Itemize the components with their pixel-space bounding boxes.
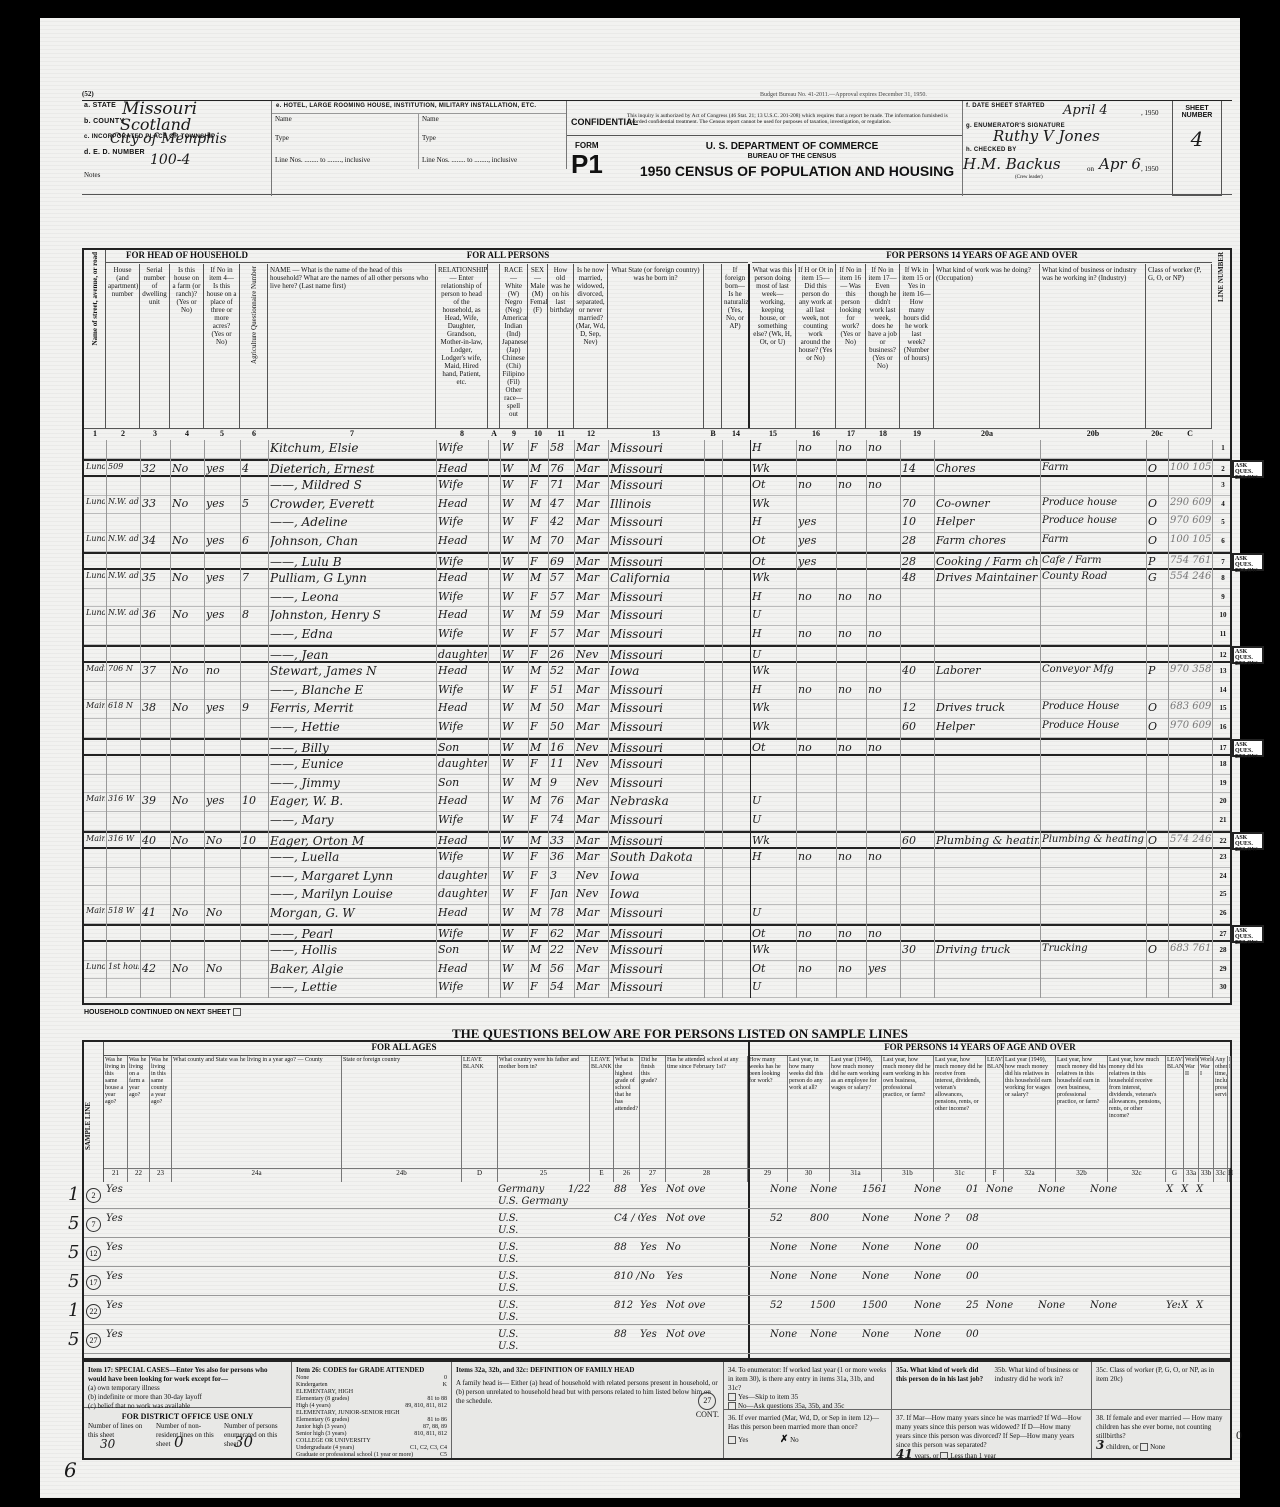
cell-rel: Wife: [438, 590, 487, 603]
cell-agq: 10: [242, 794, 267, 807]
sample-colnum-D: D: [462, 1168, 498, 1182]
cell-rel: Head: [438, 962, 487, 975]
sample-cell-c31c: None ?: [914, 1213, 966, 1224]
line-number: 24: [1216, 872, 1230, 880]
section-all-ages: FOR ALL AGES: [104, 1042, 704, 1056]
cell-ind: Plumbing & heating: [1042, 834, 1145, 845]
sample-cell-ww2: X: [1166, 1184, 1180, 1195]
cell-name: ——, Mildred S: [270, 478, 435, 492]
tally: 1: [68, 1184, 79, 1205]
cell-acres: no: [206, 664, 239, 677]
col-sex: SEX — Male (M) Female (F): [528, 264, 548, 428]
cell-c17: no: [838, 741, 865, 754]
enumerator-signature: Ruthy V Jones: [993, 127, 1100, 145]
cell-cls: O: [1148, 462, 1167, 475]
q38-text: 38. If female and ever married — How man…: [1096, 1414, 1226, 1441]
ask-questions-below-badge: ASK QUES. BELOW: [1232, 553, 1264, 571]
cell-c17: no: [838, 850, 865, 863]
col-leave-blank-a: [488, 264, 500, 428]
sample-cell-school: Yes: [666, 1271, 706, 1282]
cell-birth: Iowa: [610, 664, 703, 678]
cell-sex: F: [530, 441, 547, 454]
sample-cell-f: 00: [966, 1329, 986, 1340]
cell-birth: Missouri: [610, 683, 703, 697]
sample-cell-other: X: [1196, 1300, 1210, 1311]
cell-farm: No: [172, 962, 203, 975]
cell-cls: O: [1148, 943, 1167, 956]
sample-row: 57YesU.S.C4 / C2YesNot over52800NoneNone…: [84, 1211, 1230, 1238]
cell-birth: Missouri: [610, 478, 703, 492]
sample-cell-school: Not over: [666, 1329, 706, 1340]
sample-colnum-29: 29: [748, 1168, 788, 1182]
cell-age: 57: [550, 590, 573, 603]
cell-farm: No: [172, 608, 203, 621]
cell-street: Lundell: [86, 571, 105, 580]
cell-c19: 60: [902, 720, 933, 733]
hotel-lines-label-2: Line Nos. ........ to ........, inclusiv…: [422, 156, 517, 164]
cell-name: ——, Leona: [270, 590, 435, 604]
sample-line-circle: 7: [86, 1217, 101, 1232]
cell-rel: Head: [438, 906, 487, 919]
q36-yes-checkbox[interactable]: [728, 1436, 736, 1444]
cell-race: W: [502, 441, 527, 454]
cell-name: Johnson, Chan: [270, 534, 435, 548]
sample-cell-mother: U.S. Germany: [498, 1196, 568, 1207]
table-row: Madison Ave706 N37NonoStewart, James NHe…: [84, 663, 1230, 682]
col-acres: If No in item 4— Is this house on a plac…: [204, 264, 240, 428]
cell-birth: Missouri: [610, 757, 703, 771]
sample-cell-c31b: None: [862, 1329, 914, 1340]
sample-cell-f: 08: [966, 1213, 986, 1224]
place-value: City of Memphis: [110, 131, 227, 147]
table-row: LundellN.W. add.35Noyes7Pulliam, G LynnH…: [84, 570, 1230, 589]
form-id: P1: [571, 149, 603, 180]
ask-questions-below-badge: ASK QUES. BELOW: [1232, 646, 1264, 664]
special-cases-title: Item 17: SPECIAL CASES—Enter Yes also fo…: [88, 1366, 287, 1384]
cell-race: W: [502, 720, 527, 733]
colnum-c: C: [1168, 428, 1212, 440]
tally: 5: [68, 1329, 79, 1350]
sample-cell-c21: Yes: [106, 1213, 124, 1224]
cell-c15: Wk: [752, 943, 795, 956]
cell-acres: yes: [206, 497, 239, 510]
cell-sex: M: [530, 534, 547, 547]
cell-acres: yes: [206, 701, 239, 714]
cell-serial: 42: [142, 962, 169, 975]
cell-c19: 28: [902, 534, 933, 547]
cell-mar: Mar: [576, 720, 607, 733]
sample-col-F: LEAVE BLANK: [986, 1056, 1004, 1168]
cell-name: Pulliam, G Lynn: [270, 571, 435, 585]
cell-cls: O: [1148, 515, 1167, 528]
sample-colnum-31c: 31c: [934, 1168, 986, 1182]
col-farm: Is this house on a farm (or ranch)? (Yes…: [170, 264, 204, 428]
cell-sex: F: [530, 627, 547, 640]
cell-c15: H: [752, 683, 795, 696]
table-row: ——, Lulu BWifeWF69MarMissouriOtyes28Cook…: [84, 552, 1230, 571]
cell-code: 290 609 3: [1170, 497, 1211, 508]
cell-mar: Mar: [576, 664, 607, 677]
sample-cell-c31a: None: [810, 1242, 862, 1253]
cell-mar: Mar: [576, 701, 607, 714]
cell-rel: Head: [438, 571, 487, 584]
table-row: ——, Marilyn LouisedaughterWFJanNevIowa25: [84, 886, 1230, 905]
sample-cell-finish: Yes: [640, 1184, 666, 1195]
line-number: 21: [1216, 816, 1230, 824]
cell-cls: O: [1148, 534, 1167, 547]
cell-rel: Son: [438, 943, 487, 956]
cell-ind: Cafe / Farm: [1042, 555, 1145, 566]
cell-name: Eager, Orton M: [270, 834, 435, 848]
cell-age: 78: [550, 906, 573, 919]
tally: 5: [68, 1213, 79, 1234]
sample-cell-c21: Yes: [106, 1271, 124, 1282]
cell-race: W: [502, 497, 527, 510]
cell-agq: 8: [242, 608, 267, 621]
table-row: Lundell Blvd50932Noyes4Dieterich, Ernest…: [84, 459, 1230, 478]
cell-rel: Head: [438, 701, 487, 714]
grade-code-item: KindergartenK: [296, 1382, 447, 1389]
cell-age: Jan: [550, 887, 573, 900]
cell-birth: Iowa: [610, 887, 703, 901]
cell-rel: Wife: [438, 478, 487, 491]
cell-mar: Nev: [576, 943, 607, 956]
cell-race: W: [502, 683, 527, 696]
cell-code: 970 609 3: [1170, 515, 1211, 526]
sample-cell-ww2: Yes: [1166, 1300, 1180, 1311]
sample-cell-c31a: 800: [810, 1213, 862, 1224]
cell-name: ——, Lettie: [270, 980, 435, 994]
cell-c19: 14: [902, 462, 933, 475]
sample-cell-c31a: None: [810, 1184, 862, 1195]
colnum-11: 11: [548, 428, 574, 440]
cell-house: N.W. add.: [108, 497, 139, 506]
sample-row: 12YesGermany1/2288YesNot overNoneNone156…: [84, 1182, 1230, 1209]
sample-cell-father: U.S.: [498, 1213, 568, 1224]
cell-age: 22: [550, 943, 573, 956]
sample-cell-c31b: None: [862, 1242, 914, 1253]
grade-codes-list: None0KindergartenKELEMENTARY, HIGHElemen…: [296, 1375, 447, 1459]
sample-cell-mother: U.S.: [498, 1254, 568, 1265]
q34-yes-checkbox[interactable]: [728, 1393, 736, 1401]
colnum-1: 1: [84, 428, 106, 440]
cell-mar: Mar: [576, 441, 607, 454]
cell-c18: yes: [868, 962, 899, 975]
sample-row: 517YesU.S.810 / 82NoYesNoneNoneNoneNone0…: [84, 1269, 1230, 1296]
cell-rel: Wife: [438, 441, 487, 454]
cell-serial: 39: [142, 794, 169, 807]
colnum-13: 13: [608, 428, 704, 440]
line-number: 25: [1216, 890, 1230, 898]
grade-code-item: Undergraduate (4 years)C1, C2, C3, C4: [296, 1445, 447, 1452]
cell-occ: Chores: [936, 462, 1039, 475]
cell-race: W: [502, 943, 527, 956]
cell-age: 50: [550, 701, 573, 714]
line-number: 12: [1216, 651, 1230, 659]
cell-c15: U: [752, 794, 795, 807]
cell-code: 554 246 2: [1170, 571, 1211, 582]
cell-rel: Wife: [438, 927, 487, 940]
cell-age: 3: [550, 869, 573, 882]
sample-cell-c30: None: [770, 1329, 810, 1340]
cell-agq: 6: [242, 534, 267, 547]
cell-birth: Missouri: [610, 648, 703, 662]
cell-age: 47: [550, 497, 573, 510]
cell-mar: Mar: [576, 462, 607, 475]
q37-less-label: Less than 1 year: [950, 1452, 996, 1460]
cell-street: Lundell Blvd: [86, 462, 105, 471]
cell-house: 316 W: [108, 794, 139, 803]
cell-street: Main: [86, 906, 105, 915]
col-birthplace: What State (or foreign country) was he b…: [608, 264, 704, 428]
sample-cell-f: 25: [966, 1300, 986, 1311]
district-nonresident-value: 0: [174, 1438, 184, 1447]
cell-rel: Wife: [438, 683, 487, 696]
cell-name: ——, Margaret Lynn: [270, 869, 435, 883]
line-number: 18: [1216, 760, 1230, 768]
cell-occ: Plumbing & heating: [936, 834, 1039, 847]
cell-sex: M: [530, 497, 547, 510]
cell-birth: Missouri: [610, 962, 703, 976]
cell-code: 754 761 1: [1170, 555, 1211, 566]
cell-age: 57: [550, 571, 573, 584]
sample-cell-c31b: 1500: [862, 1300, 914, 1311]
sample-colnum-24a: 24a: [172, 1168, 342, 1182]
cell-sex: F: [530, 648, 547, 661]
table-row: ——, MaryWifeWF74MarMissouriU21: [84, 812, 1230, 831]
cell-mar: Mar: [576, 850, 607, 863]
cell-birth: Missouri: [610, 627, 703, 641]
cell-agq: 7: [242, 571, 267, 584]
col-class-of-worker: Class of worker (P, G, O, or NP): [1146, 264, 1212, 428]
cell-age: 70: [550, 534, 573, 547]
table-row: ——, Blanche EWifeWF51MarMissouriHnonono1…: [84, 682, 1230, 701]
cell-age: 50: [550, 720, 573, 733]
sample-line-circle: 22: [86, 1304, 101, 1319]
department: U. S. DEPARTMENT OF COMMERCE: [667, 141, 917, 152]
cell-age: 11: [550, 757, 573, 770]
grade-code-item: Junior high (3 years)87, 88, 89: [296, 1424, 447, 1431]
sample-colnum-24b: 24b: [342, 1168, 462, 1182]
cell-sex: F: [530, 683, 547, 696]
cell-house: 1st house west of 509: [108, 962, 139, 971]
cell-race: W: [502, 627, 527, 640]
cell-sex: F: [530, 590, 547, 603]
cell-cls: O: [1148, 701, 1167, 714]
sample-cell-c32b: None: [1038, 1300, 1088, 1311]
cell-race: W: [502, 834, 527, 847]
ed-number: 100-4: [150, 152, 190, 168]
cell-name: ——, Luella: [270, 850, 435, 864]
sample-cell-mother: U.S.: [498, 1312, 568, 1323]
cell-acres: No: [206, 962, 239, 975]
checked-on-label: on: [1087, 165, 1094, 173]
cell-age: 69: [550, 555, 573, 568]
cell-occ: Farm chores: [936, 534, 1039, 547]
sample-col-32c: Last year, how much money did his relati…: [1108, 1056, 1166, 1168]
district-nonresident-label: Number of non-resident lines on this she…: [156, 1422, 216, 1449]
col-naturalized: If foreign born— Is he naturalized? (Yes…: [722, 264, 750, 428]
q37-suffix: years, or: [914, 1452, 938, 1460]
sample-cell-c32c: None: [1090, 1184, 1140, 1195]
bureau: BUREAU OF THE CENSUS: [667, 153, 917, 160]
table-row: ——, PearlWifeWF62MarMissouriOtnonono27AS…: [84, 924, 1230, 943]
ask-questions-below-badge: ASK QUES. BELOW: [1232, 739, 1264, 757]
sample-colnum-21: 21: [104, 1168, 128, 1182]
cell-street: Main: [86, 794, 105, 803]
cell-occ: Helper: [936, 515, 1039, 528]
household-continued-checkbox[interactable]: [233, 1008, 241, 1016]
sample-cell-e: 1/22: [568, 1184, 596, 1195]
cell-name: ——, Adeline: [270, 515, 435, 529]
sample-col-D: LEAVE BLANK: [462, 1056, 498, 1168]
q38-none-label: None: [1150, 1443, 1165, 1451]
cell-race: W: [502, 980, 527, 993]
sample-col-21: Was he living in this same house a year …: [104, 1056, 128, 1168]
cell-rel: Wife: [438, 720, 487, 733]
cell-birth: Missouri: [610, 927, 703, 941]
cell-age: 51: [550, 683, 573, 696]
cell-age: 52: [550, 664, 573, 677]
cell-acres: yes: [206, 534, 239, 547]
sample-cell-c30: 52: [770, 1300, 810, 1311]
cell-birth: Illinois: [610, 497, 703, 511]
cell-c18: no: [868, 741, 899, 754]
col-line-number: LINE NUMBER: [1212, 250, 1230, 428]
cell-house: 518 W: [108, 906, 139, 915]
col-agq: Agriculture Questionnaire Number: [240, 264, 268, 428]
cell-sex: M: [530, 906, 547, 919]
cell-c16: yes: [798, 555, 835, 568]
cell-c17: no: [838, 683, 865, 696]
sample-colnum-33a: 33a: [1184, 1168, 1199, 1182]
sample-cell-grade: 88: [614, 1242, 640, 1253]
table-row: ——, EdnaWifeWF57MarMissouriHnonono11: [84, 626, 1230, 645]
sample-col-29: How many weeks has he been looking for w…: [748, 1056, 788, 1168]
sample-colnum-22: 22: [128, 1168, 150, 1182]
grade-code-item: Graduate or professional school (1 year …: [296, 1452, 447, 1459]
cell-c17: no: [838, 441, 865, 454]
cell-age: 59: [550, 608, 573, 621]
sample-cell-c21: Yes: [106, 1329, 124, 1340]
table-row: Main518 W41NoNoMorgan, G. WHeadWM78MarMi…: [84, 905, 1230, 924]
cell-ind: Farm: [1042, 462, 1145, 473]
district-lines-value: 30: [100, 1440, 115, 1449]
colnum-18: 18: [866, 428, 900, 440]
q38-none-checkbox[interactable]: [1140, 1443, 1148, 1451]
cell-c15: H: [752, 515, 795, 528]
cell-c16: no: [798, 927, 835, 940]
cell-birth: California: [610, 571, 703, 585]
cell-serial: 36: [142, 608, 169, 621]
cell-agq: 9: [242, 701, 267, 714]
q38-suffix: children, or: [1106, 1443, 1138, 1451]
section-lower-over14: FOR PERSONS 14 YEARS OF AGE AND OVER: [750, 1042, 1210, 1056]
cell-rel: Son: [438, 741, 487, 754]
cell-c19: 60: [902, 834, 933, 847]
cell-rel: daughter: [438, 648, 487, 661]
sample-row: 122YesU.S.812YesNot over5215001500None25…: [84, 1298, 1230, 1325]
table-row: Lundell BlvdN.W. add.34Noyes6Johnson, Ch…: [84, 533, 1230, 552]
cell-c15: Ot: [752, 927, 795, 940]
cell-birth: Missouri: [610, 701, 703, 715]
sample-col-33a: World War II: [1184, 1056, 1199, 1168]
cell-farm: No: [172, 462, 203, 475]
sample-col-24a: What county and State was he living in a…: [172, 1056, 342, 1168]
cell-sex: F: [530, 720, 547, 733]
colnum-10: 10: [528, 428, 548, 440]
line-number: 9: [1216, 593, 1230, 601]
cell-rel: Head: [438, 794, 487, 807]
cell-c18: no: [868, 850, 899, 863]
sample-cell-c31a: 1500: [810, 1300, 862, 1311]
cell-mar: Mar: [576, 497, 607, 510]
cell-c16: yes: [798, 515, 835, 528]
sample-col-E: LEAVE BLANK: [590, 1056, 614, 1168]
cell-birth: Missouri: [610, 441, 703, 455]
col-relationship: RELATIONSHIP — Enter relationship of per…: [436, 264, 488, 428]
cell-age: 62: [550, 927, 573, 940]
tally-mark: 0: [1236, 1428, 1242, 1443]
cell-c15: Wk: [752, 834, 795, 847]
sample-cell-finish: Yes: [640, 1242, 666, 1253]
cell-c18: no: [868, 927, 899, 940]
line-number: 29: [1216, 965, 1230, 973]
cell-c15: U: [752, 608, 795, 621]
family-head-title: Items 32a, 32b, and 32c: DEFINITION OF F…: [456, 1366, 719, 1375]
line-number: 10: [1216, 611, 1230, 619]
district-office-title: FOR DISTRICT OFFICE USE ONLY: [88, 1412, 287, 1421]
cell-sex: M: [530, 608, 547, 621]
hotel-type-label-2: Type: [422, 134, 436, 142]
sample-cell-finish: No: [640, 1271, 666, 1282]
q37-less-checkbox[interactable]: [940, 1452, 948, 1460]
cell-rel: Head: [438, 462, 487, 475]
ask-questions-below-badge: ASK QUES. BELOW: [1232, 925, 1264, 943]
q34-text: 34. To enumerator: If worked last year (…: [728, 1366, 887, 1393]
cell-race: W: [502, 701, 527, 714]
hotel-name-label: Name: [275, 115, 292, 123]
cell-cls: P: [1148, 664, 1167, 677]
cell-ind: County Road: [1042, 571, 1145, 582]
cell-sex: F: [530, 757, 547, 770]
col-serial: Serial number of dwelling unit: [140, 264, 170, 428]
table-row: Main618 N38Noyes9Ferris, MerritHeadWM50M…: [84, 700, 1230, 719]
sample-col-31a: Last year (1949), how much money did he …: [830, 1056, 882, 1168]
grade-code-item: ELEMENTARY, JUNIOR-SENIOR HIGH: [296, 1410, 447, 1417]
cell-age: 71: [550, 478, 573, 491]
col-has-job: If No in item 17— Even though he didn't …: [866, 264, 900, 428]
line-number: 1: [1216, 444, 1230, 452]
cell-code: 100 105 3: [1170, 462, 1211, 473]
cell-house: N.W. add.: [108, 571, 139, 580]
sample-cell-grade: 88: [614, 1184, 640, 1195]
cell-sex: F: [530, 515, 547, 528]
sample-line-header: SAMPLE LINE: [84, 1042, 104, 1182]
special-case-b: (b) indefinite or more than 30-day layof…: [88, 1393, 287, 1402]
cell-c15: Ot: [752, 534, 795, 547]
cell-farm: No: [172, 906, 203, 919]
cell-mar: Nev: [576, 869, 607, 882]
cell-street: Madison Ave: [86, 664, 105, 673]
cell-mar: Mar: [576, 590, 607, 603]
ask-questions-below-badge: ASK QUES. BELOW: [1232, 832, 1264, 850]
cell-sex: M: [530, 571, 547, 584]
person-rows: Kitchum, ElsieWifeWF58MarMissouriHnonono…: [84, 440, 1230, 998]
cell-name: ——, Lulu B: [270, 555, 435, 569]
sample-cell-school: Not over: [666, 1184, 706, 1195]
cell-race: W: [502, 757, 527, 770]
